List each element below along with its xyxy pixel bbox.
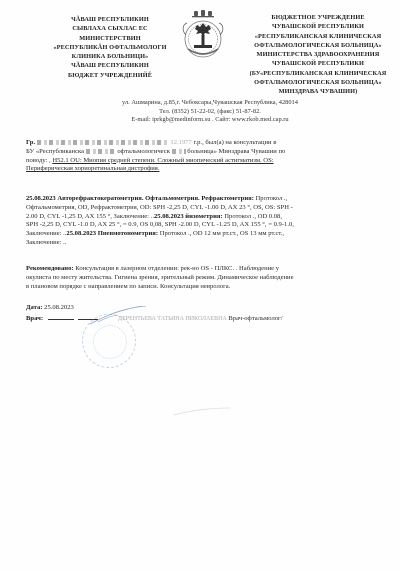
header-right-line: МИНЗДРАВА ЧУВАШИИ) [248,87,388,96]
doctor-label: Врач: [26,315,43,322]
contact-block: ул. Ашмарина, д.85,г. Чебоксары,Чувашска… [90,99,330,125]
exam-date: 25.08.2023 [26,195,56,202]
header-right-line: БЮДЖЕТНОЕ УЧРЕЖДЕНИЕ [248,13,388,22]
header-left-line: МИНИСТЕРСТВИН [44,34,176,43]
exam-line-start: 2.00 D, CYL -1,25 D, AX 155 °, Заключени… [26,213,154,220]
exam-line: SPH -2,25 D, CYL -1.0 D, AX 25 °, = 0.9,… [26,221,388,230]
patient-line2-start: БУ «Республиканска [26,148,84,155]
chuvash-coat-of-arms-icon [176,5,230,67]
header-right-line: (БУ«РЕСПУБЛИКАНСКАЯ КЛИНИЧЕСКАЯ [248,69,388,78]
footer-block: Дата: 25.08.2023 Врач: ДЕРЕНТЬЕВА ТАТЬЯН… [26,304,388,324]
recommendation-label: Рекомендовано: [26,265,74,272]
header-left-line: СЫВЛАХА СЫХЛАС ЕС [44,24,176,33]
recommendation-text: Консультация в лазерном отделении: рек-н… [75,265,279,272]
patient-line2-tail: больница» Минздрава Чувашии по [187,148,285,155]
header-right-line: ОФТАЛЬМОЛОГИЧЕСКАЯ БОЛЬНИЦА» [248,78,388,87]
exam-line: Заключение: .. [26,239,388,248]
header-left-line: КЛИНИКА БОЛЬНИЦИ» [44,52,176,61]
recommendation-text: в плановом порядке с направлением по зап… [26,283,388,292]
header-right-line: ЧУВАШСКОЙ РЕСПУБЛИКИ [248,22,388,31]
stamp-inner-ring [93,325,127,359]
header-left-line: ЧĂВАШ РЕСПУБЛИКИН [44,61,176,70]
patient-paragraph: Гр. 12.1977 г.р., был(а) на консультации… [26,139,388,174]
patient-line1-tail: г.р., был(а) на консультации в [194,139,277,146]
exam-line-tail: Протокол ., OD 12 мм рт.ст., OS 13 мм рт… [160,230,284,237]
diagnosis-line-1: H52.1 OU: Миопия средней степени. Сложны… [52,157,273,164]
redacted-fragment [172,149,186,154]
diagnosis-line-2: Периферическая хориоретинальная дистрофи… [26,165,159,172]
patient-line3-start: поводу: , [26,157,51,164]
header-right-line: МИНИСТЕРСТВА ЗДРАВООХРАНЕНИЯ [248,50,388,59]
header-right-line: «РЕСПУБЛИКАНСКАЯ КЛИНИЧЕСКАЯ [248,32,388,41]
header-left-line: ЧĂВАШ РЕСПУБЛИКИН [44,15,176,24]
date-value: 25.08.2023 [44,304,74,311]
header-left-line: «РЕСПУБЛИКĂН ОФТАЛЬМОЛОГИ [44,43,176,52]
exam-line-start: Заключение: .. [26,230,66,237]
header-left-line: БЮДЖЕТ УЧРЕЖДЕНИЙĚ [44,71,176,80]
exam-paragraph: 25.08.2023 Авторефрактокератометрия. Офт… [26,195,388,248]
exam-title: Авторефрактокератометрия. Офтальмометрия… [57,195,254,202]
header-right-line: ЧУВАШСКОЙ РЕСПУБЛИКИ [248,59,388,68]
exam-line-tail: Протокол ., OD 0.08, [224,213,282,220]
patient-prefix: Гр. [26,139,35,146]
signature-icon [88,306,148,326]
medical-document-page: ЧĂВАШ РЕСПУБЛИКИН СЫВЛАХА СЫХЛАС ЕС МИНИ… [0,0,400,571]
recommendation-paragraph: Рекомендовано: Консультация в лазерном о… [26,265,388,291]
recommendation-text: окулиста по месту жительства. Гигиена зр… [26,274,388,283]
birth-date-fragment: 12.1977 [170,139,191,146]
redacted-patient-name [37,140,169,145]
exam-pneumotonometry-title: 25.08.2023 Пневмотонометрия: [66,230,158,237]
doctor-title: Врач-офтальмолог/ [228,315,282,322]
signature-line [48,315,74,320]
phone: Тел. (8352) 51-22-02, (факс) 51-87-82. [90,108,330,117]
address: ул. Ашмарина, д.85,г. Чебоксары,Чувашска… [90,99,330,108]
header-right-line: ОФТАЛЬМОЛОГИЧЕСКАЯ БОЛЬНИЦА» [248,41,388,50]
redacted-fragment [86,149,116,154]
exam-protocol: Протокол ., [256,195,288,202]
header-right-russian: БЮДЖЕТНОЕ УЧРЕЖДЕНИЕ ЧУВАШСКОЙ РЕСПУБЛИК… [248,13,388,97]
exam-visometry-title: 25.08.2023 йизометрия: [154,213,223,220]
date-label: Дата: [26,304,42,311]
header-left-chuvash: ЧĂВАШ РЕСПУБЛИКИН СЫВЛАХА СЫХЛАС ЕС МИНИ… [44,15,176,80]
email-site: E-mail: iprkgb@medinform.su . Сайт: www.… [90,116,330,125]
faint-pen-stroke-icon [172,407,232,417]
patient-line2-mid: офтальмологическ [117,148,170,155]
exam-line: Офтальмометрия, OD, Рефрактометрия, OD: … [26,204,388,213]
